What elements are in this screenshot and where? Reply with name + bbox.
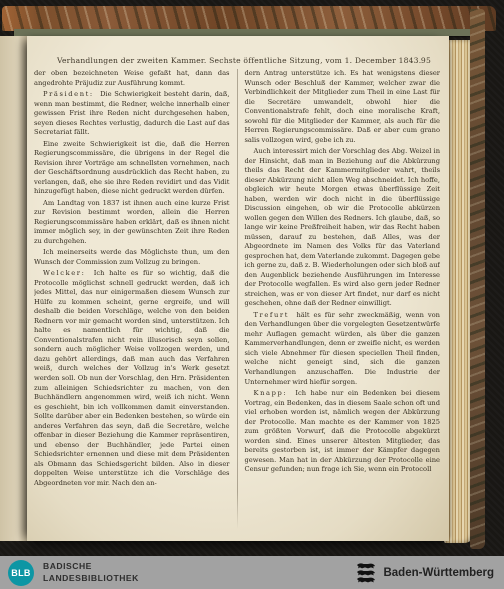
state-branding: Baden-Württemberg <box>355 562 496 584</box>
book-headband <box>14 29 470 36</box>
left-text-column: der oben bezeichneten Weise gefaßt hat, … <box>34 69 230 529</box>
paragraph: Welcker: Ich halte es für so wichtig, da… <box>34 269 230 488</box>
blb-logo-icon: BLB <box>8 560 34 586</box>
paragraph: Trefurt hält es für sehr zweckmäßig, wen… <box>245 311 441 387</box>
scanned-page: Verhandlungen der zweiten Kammer. Sechst… <box>27 36 449 541</box>
running-head: Verhandlungen der zweiten Kammer. Sechst… <box>57 56 419 65</box>
library-name: BADISCHE LANDESBIBLIOTHEK <box>43 561 139 583</box>
running-head-title: Verhandlungen der zweiten Kammer. Sechst… <box>57 56 421 65</box>
viewer-footer-bar: BLB BADISCHE LANDESBIBLIOTHEK Baden-Würt… <box>0 556 504 589</box>
paragraph: Eine zweite Schwierigkeit ist die, daß d… <box>34 140 230 197</box>
state-name-label: Baden-Württemberg <box>383 567 494 579</box>
facing-page-edge <box>0 36 30 541</box>
book-cover-edge <box>470 9 485 549</box>
paragraph: Auch interessirt mich der Vorschlag des … <box>245 147 441 309</box>
baden-wuerttemberg-coat-of-arms-icon <box>355 562 377 584</box>
speaker-name: Trefurt <box>254 311 297 319</box>
speaker-name: Knapp: <box>254 389 296 397</box>
blb-logo-text: BLB <box>11 568 30 578</box>
book-top-edge <box>2 6 496 31</box>
paragraph: Ich meinerseits werde das Möglichste thu… <box>34 248 230 267</box>
page-number: 95 <box>421 56 431 65</box>
speaker-name: Präsident: <box>43 90 100 98</box>
column-divider <box>237 69 238 529</box>
paragraph: Präsident: Die Schwierigkeit besteht dar… <box>34 90 230 138</box>
paragraph: Am Landtag von 1837 ist ihnen auch eine … <box>34 199 230 247</box>
speaker-name: Welcker: <box>43 269 94 277</box>
paragraph: dern Antrag unterstütze ich. Es hat weni… <box>245 69 441 145</box>
paragraph: der oben bezeichneten Weise gefaßt hat, … <box>34 69 230 88</box>
paragraph: Knapp: Ich habe nur ein Bedenken bei die… <box>245 389 441 475</box>
page-body: der oben bezeichneten Weise gefaßt hat, … <box>34 69 440 529</box>
library-branding: BLB BADISCHE LANDESBIBLIOTHEK <box>8 560 139 586</box>
library-name-line2: LANDESBIBLIOTHEK <box>43 573 139 584</box>
library-name-line1: BADISCHE <box>43 561 139 572</box>
right-text-column: dern Antrag unterstütze ich. Es hat weni… <box>245 69 441 529</box>
